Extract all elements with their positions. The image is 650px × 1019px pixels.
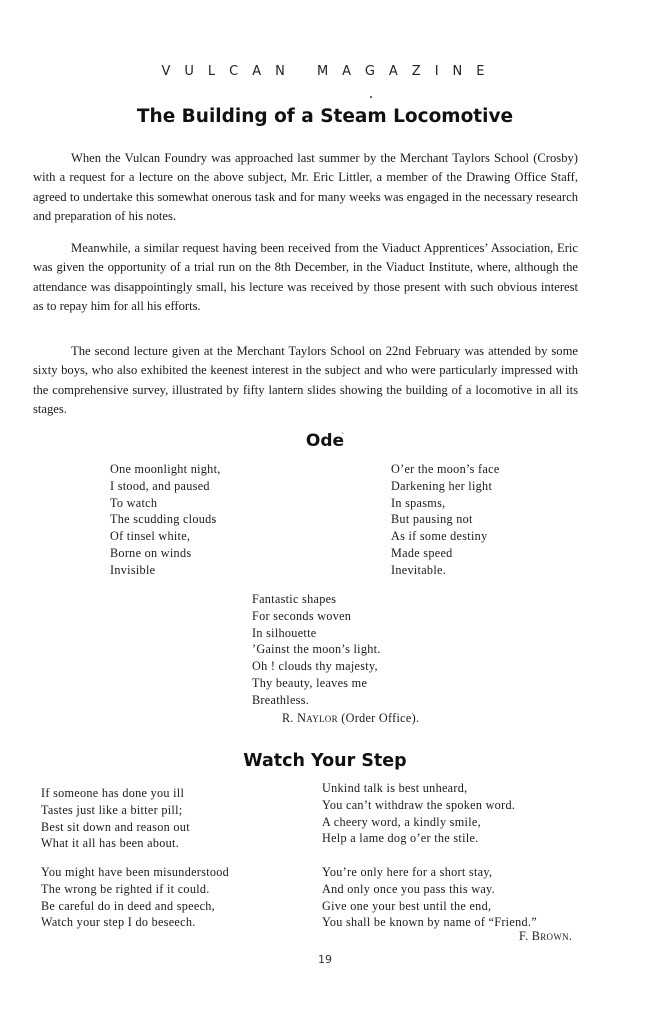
verse-line: Made speed (391, 545, 500, 562)
ode-stanza-left: One moonlight night,I stood, and pausedT… (110, 461, 221, 579)
verse-line: Thy beauty, leaves me (252, 675, 381, 692)
verse-line: The scudding clouds (110, 511, 221, 528)
ode-stanza-center: Fantastic shapesFor seconds wovenIn silh… (252, 591, 381, 709)
verse-line: Darkening her light (391, 478, 500, 495)
verse-line: You can’t withdraw the spoken word. (322, 797, 515, 814)
ode-author: R. Naylor (Order Office). (282, 711, 419, 726)
verse-line: You’re only here for a short stay, (322, 864, 537, 881)
poem-stanza: You might have been misunderstoodThe wro… (41, 864, 229, 931)
verse-line: The wrong be righted if it could. (41, 881, 229, 898)
verse-line: Inevitable. (391, 562, 500, 579)
verse-line: Help a lame dog o’er the stile. (322, 830, 515, 847)
verse-line: Invisible (110, 562, 221, 579)
poem-title: Watch Your Step (0, 751, 650, 771)
verse-line: But pausing not (391, 511, 500, 528)
verse-line: Be careful do in deed and speech, (41, 898, 229, 915)
verse-line: In silhouette (252, 625, 381, 642)
ode-stanza-right: O’er the moon’s faceDarkening her lightI… (391, 461, 500, 579)
verse-line: And only once you pass this way. (322, 881, 537, 898)
verse-line: O’er the moon’s face (391, 461, 500, 478)
verse-line: ’Gainst the moon’s light. (252, 641, 381, 658)
page-number: 19 (0, 953, 650, 966)
ode-author-dept: (Order Office). (341, 711, 419, 725)
poem-stanza: You’re only here for a short stay,And on… (322, 864, 537, 931)
verse-line: Tastes just like a bitter pill; (41, 802, 190, 819)
verse-line: You might have been misunderstood (41, 864, 229, 881)
verse-line: A cheery word, a kindly smile, (322, 814, 515, 831)
article-title: The Building of a Steam Locomotive (0, 106, 650, 127)
verse-line: Unkind talk is best unheard, (322, 780, 515, 797)
verse-line: To watch (110, 495, 221, 512)
ode-author-name: R. Naylor (282, 711, 338, 725)
verse-line: I stood, and paused (110, 478, 221, 495)
verse-line: Of tinsel white, (110, 528, 221, 545)
poem-author: F. Brown. (519, 929, 572, 944)
article-paragraph: Meanwhile, a similar request having been… (33, 239, 578, 316)
verse-line: You shall be known by name of “Friend.” (322, 914, 537, 931)
poem-stanza: Unkind talk is best unheard,You can’t wi… (322, 780, 515, 847)
article-paragraph: The second lecture given at the Merchant… (33, 342, 578, 419)
verse-line: Borne on winds (110, 545, 221, 562)
verse-line: For seconds woven (252, 608, 381, 625)
verse-line: One moonlight night, (110, 461, 221, 478)
ode-title: Ode (0, 431, 650, 451)
verse-line: Give one your best until the end, (322, 898, 537, 915)
verse-line: As if some destiny (391, 528, 500, 545)
stray-dot (370, 96, 372, 98)
article-paragraph: When the Vulcan Foundry was approached l… (33, 149, 578, 226)
verse-line: Watch your step I do beseech. (41, 914, 229, 931)
magazine-masthead: VULCAN MAGAZINE (0, 64, 650, 79)
verse-line: Fantastic shapes (252, 591, 381, 608)
poem-stanza: If someone has done you illTastes just l… (41, 785, 190, 852)
verse-line: Best sit down and reason out (41, 819, 190, 836)
verse-line: Oh ! clouds thy majesty, (252, 658, 381, 675)
verse-line: What it all has been about. (41, 835, 190, 852)
verse-line: Breathless. (252, 692, 381, 709)
verse-line: In spasms, (391, 495, 500, 512)
print-mark: ` (341, 432, 344, 443)
verse-line: If someone has done you ill (41, 785, 190, 802)
